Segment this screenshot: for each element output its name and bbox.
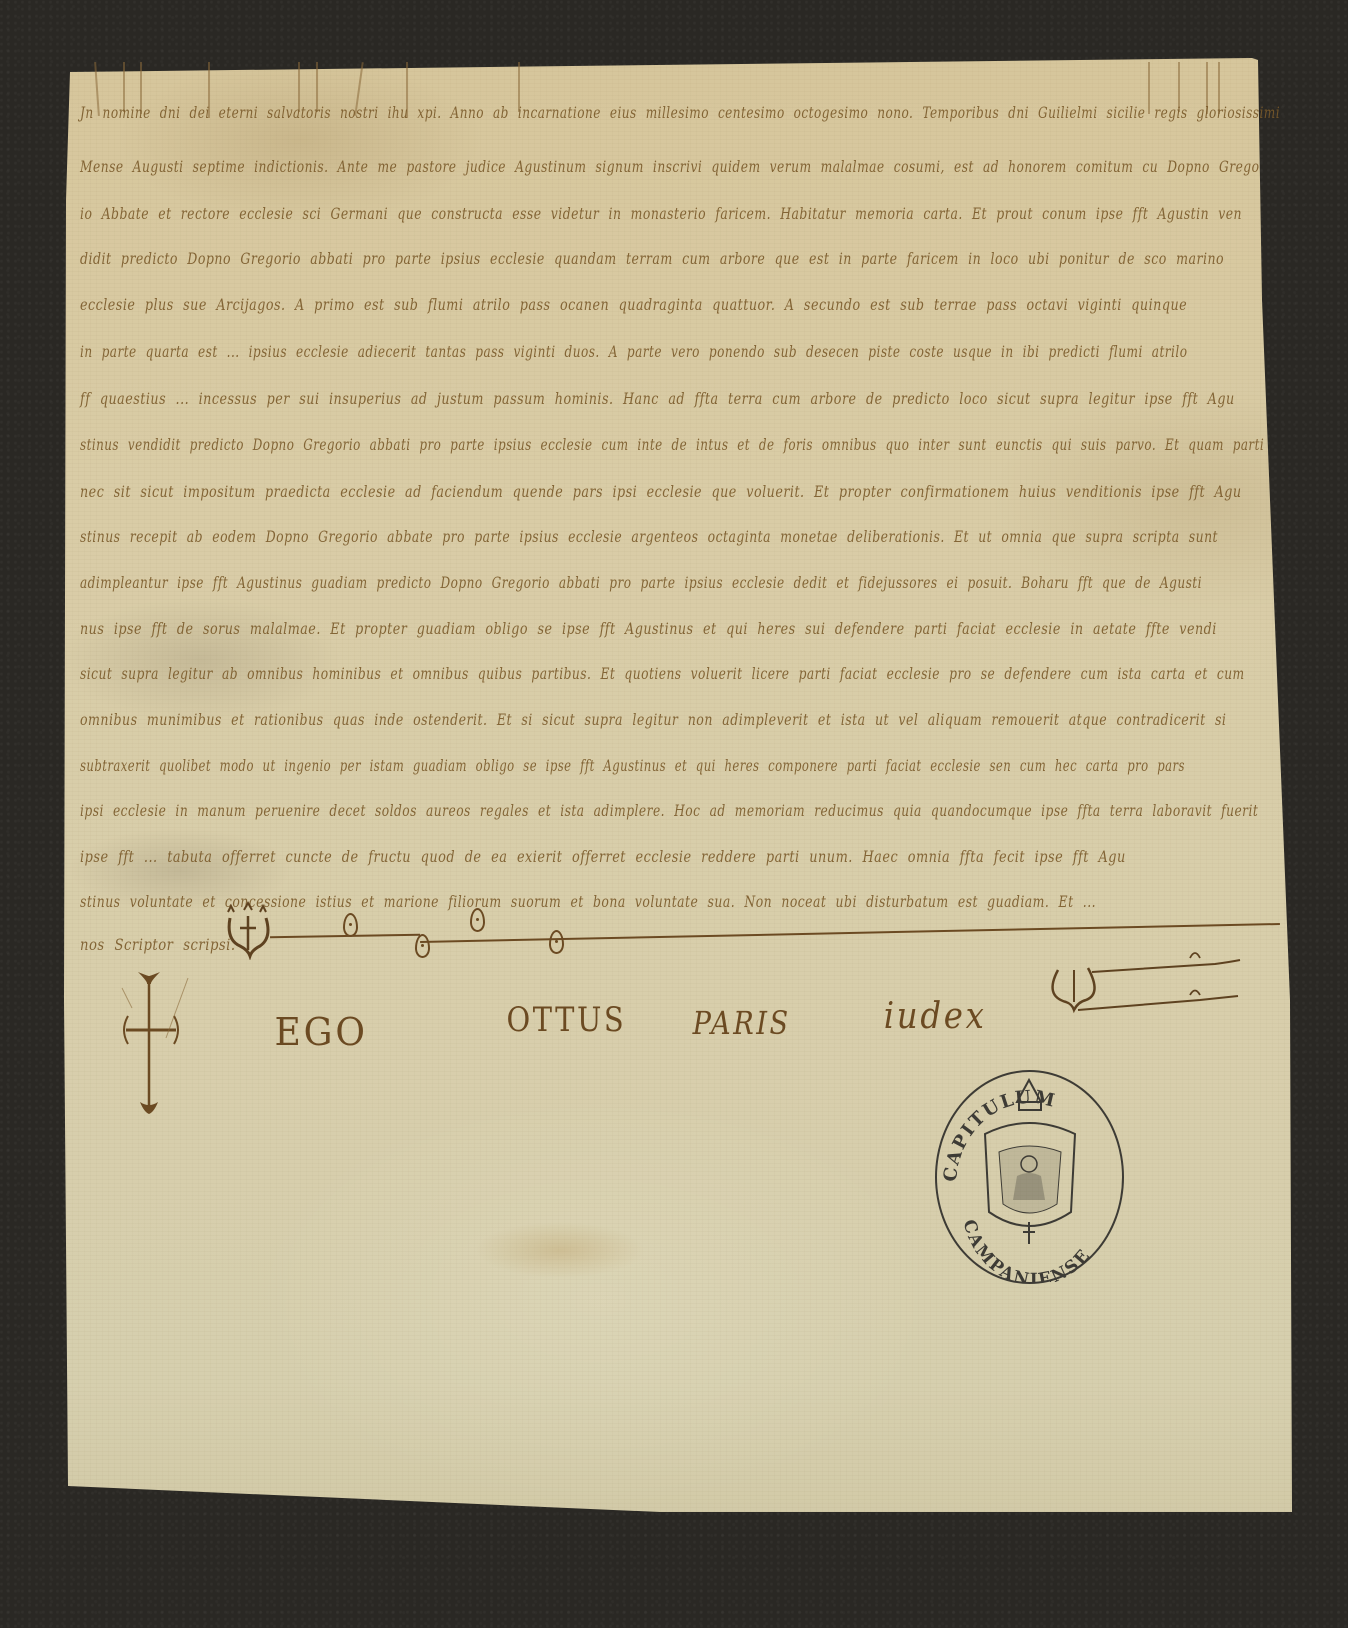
text-line: ipse fft ... tabuta offerret cuncte de f… bbox=[80, 848, 1126, 866]
subscription-role: IUDEX bbox=[884, 996, 987, 1037]
text-line: subtraxerit quolibet modo ut ingenio per… bbox=[80, 757, 1185, 775]
text-line: ff quaestius ... incessus per sui insupe… bbox=[80, 390, 1235, 408]
text-line: ipsi ecclesie in manum peruenire decet s… bbox=[80, 802, 1258, 820]
text-line: omnibus munimibus et rationibus quas ind… bbox=[80, 711, 1226, 729]
text-line: adimpleantur ipse fft Agustinus guadiam … bbox=[80, 574, 1202, 592]
seal-legend-bottom: CAMPANIENSE bbox=[958, 1217, 1095, 1282]
notary-monogram-icon bbox=[222, 900, 272, 960]
text-line: didit predicto Dopno Gregorio abbati pro… bbox=[80, 250, 1224, 268]
text-line: stinus recepit ab eodem Dopno Gregorio a… bbox=[80, 528, 1218, 546]
text-line: Mense Augusti septime indictionis. Ante … bbox=[80, 158, 1259, 176]
text-line: ecclesie plus sue Arcijagos. A primo est… bbox=[80, 296, 1187, 314]
chapter-seal-stamp: CAPITULUM CAMPANIENSE bbox=[935, 1070, 1124, 1284]
text-line: stinus vendidit predicto Dopno Gregorio … bbox=[80, 436, 1264, 454]
seal-emblem-icon: CAPITULUM CAMPANIENSE bbox=[937, 1072, 1122, 1282]
text-line: sicut supra legitur ab omnibus hominibus… bbox=[80, 665, 1245, 683]
subscription-name: OTTUS bbox=[507, 1000, 627, 1040]
text-line: nec sit sicut impositum praedicta eccles… bbox=[80, 483, 1242, 501]
signum-cross-icon bbox=[118, 968, 200, 1118]
judge-monogram-icon bbox=[1040, 940, 1280, 1020]
text-line: io Abbate et rectore ecclesie sci German… bbox=[80, 205, 1242, 223]
rule-loop-icon bbox=[549, 930, 564, 954]
subscription-place: PARIS bbox=[693, 1004, 791, 1042]
text-line: Jn nomine dni dei eterni salvatoris nost… bbox=[80, 104, 1280, 122]
text-line: in parte quarta est ... ipsius ecclesie … bbox=[80, 343, 1187, 361]
rule-loop-icon bbox=[415, 934, 430, 958]
text-line: nos Scriptor scripsi. bbox=[80, 936, 236, 954]
rule-loop-icon bbox=[470, 908, 485, 932]
subscription-ego: EGO bbox=[274, 1010, 367, 1054]
rule-loop-icon bbox=[343, 913, 358, 937]
svg-text:CAMPANIENSE: CAMPANIENSE bbox=[958, 1217, 1095, 1282]
text-line: nus ipse fft de sorus malalmae. Et propt… bbox=[80, 620, 1217, 638]
